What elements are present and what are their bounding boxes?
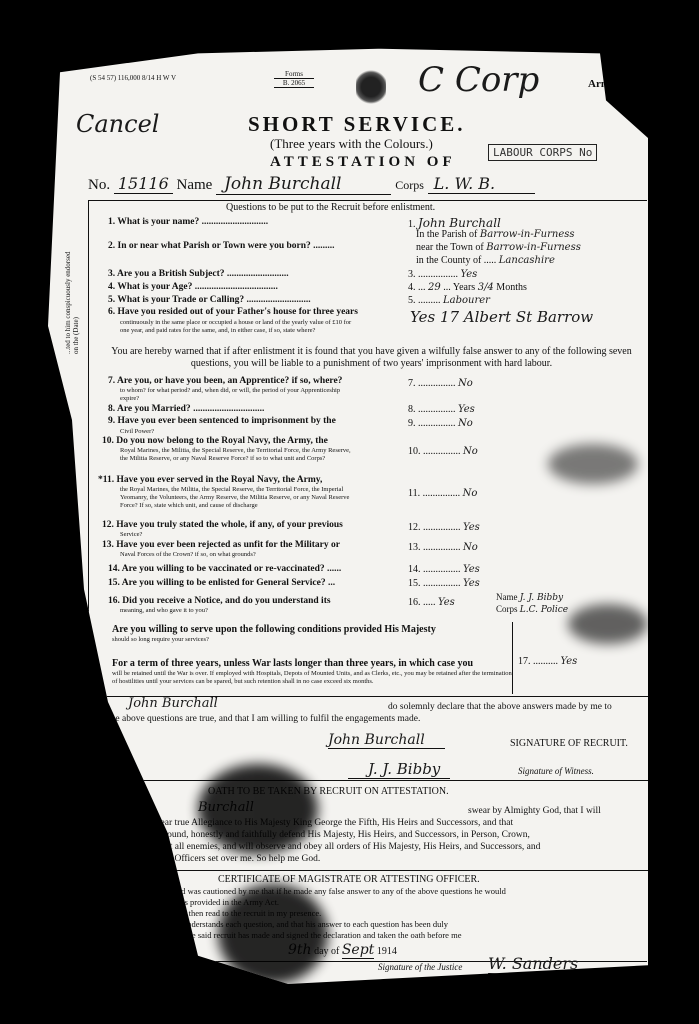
question-11-detail: the Royal Marines, the Militia, the Spec…	[120, 486, 360, 510]
answer-15: 15. ............... Yes	[408, 578, 480, 589]
question-7-detail: to whom? for what period? and, when did,…	[120, 387, 360, 403]
false-answer-warning: You are hereby warned that if after enli…	[94, 346, 649, 370]
question-4: 4. What is your Age? ...................…	[108, 282, 278, 292]
service-conditions: For a term of three years, unless War la…	[112, 658, 473, 669]
question-11: *11. Have you ever served in the Royal N…	[98, 475, 322, 485]
attestation-form-paper: (S 54 57) 116,000 8/14 H W V Forms B. 20…	[48, 44, 648, 984]
annotation-cancel: Cancel	[76, 110, 159, 138]
declaration-text1: do solemnly declare that the above answe…	[388, 702, 612, 712]
answer-10: 10. ............... No	[408, 446, 478, 457]
side-note-line2: on the (Date)	[72, 252, 80, 354]
oath-line4: and Dignity against all enemies, and wil…	[98, 842, 540, 852]
attestation-heading: ATTESTATION OF	[270, 154, 456, 171]
forms-number: B. 2065	[274, 78, 314, 88]
answer-16-value: Yes	[438, 597, 455, 608]
q17-bracket	[512, 622, 513, 694]
witness-signature: J. J. Bibby	[348, 760, 450, 779]
question-10: 10. Do you now belong to the Royal Navy,…	[102, 436, 328, 446]
answer-11-value: No	[463, 488, 478, 499]
answer-13: 13. ............... No	[408, 542, 478, 553]
declaration-text2: the above questions are true, and that I…	[108, 714, 420, 724]
answer-11: 11. ............... No	[408, 488, 477, 499]
question-16: 16. Did you receive a Notice, and do you…	[108, 596, 331, 606]
corps-label: Corps	[395, 178, 424, 192]
notice-giver-corps: L.C. Police	[520, 605, 568, 615]
declaration-name: John Burchall	[128, 696, 218, 711]
questions-heading: Questions to be put to the Recruit befor…	[226, 202, 435, 213]
recruit-name: John Burchall	[216, 174, 391, 195]
recruit-signature-label: SIGNATURE OF RECRUIT.	[510, 738, 628, 749]
answer-15-value: Yes	[463, 578, 480, 589]
recruit-number-row: No. 15116 Name John Burchall Corps L. W.…	[88, 174, 535, 194]
divider	[88, 780, 648, 781]
damage-stain	[548, 444, 638, 484]
side-note-line1: ...ted to him conspicuously endorsed	[64, 252, 72, 354]
answer-14: 14. ............... Yes	[408, 564, 480, 575]
recruit-number: 15116	[114, 174, 173, 194]
oath-line1: swear by Almighty God, that I will	[468, 806, 601, 816]
answer-9: 9. ............... No	[408, 418, 473, 429]
no-label: No.	[88, 177, 110, 193]
question-1: 1. What is your name? ..................…	[108, 217, 268, 227]
side-note: ...ted to him conspicuously endorsed on …	[64, 252, 80, 354]
damage-stain	[198, 764, 318, 854]
justice-signature-label: Signature of the Justice	[378, 962, 462, 972]
answer-17: 17. .......... Yes	[518, 656, 577, 667]
question-9: 9. Have you ever been sentenced to impri…	[108, 416, 336, 426]
forms-label-text: Forms	[274, 70, 314, 78]
answer-3: 3. ................ Yes	[408, 269, 477, 280]
question-5: 5. What is your Trade or Calling? ......…	[108, 295, 311, 305]
oath-line5: of the Generals and Officers set over me…	[98, 854, 320, 864]
print-code: (S 54 57) 116,000 8/14 H W V	[90, 74, 176, 82]
birth-county: Lancashire	[499, 255, 555, 266]
question-12-detail: Service?	[120, 531, 142, 538]
recruit-signature: John Burchall	[328, 732, 445, 749]
justice-signature: W. Sanders	[488, 954, 578, 974]
answer-12: 12. ............... Yes	[408, 522, 480, 533]
question-15: 15. Are you willing to be enlisted for G…	[108, 578, 335, 588]
form-title: SHORT SERVICE.	[248, 112, 466, 137]
answer-16: 16. ..... Yes	[408, 597, 455, 608]
age-months: 3/4	[478, 282, 494, 293]
forms-label: Forms B. 2065	[274, 70, 314, 88]
birth-parish: Barrow-in-Furness	[480, 229, 575, 240]
age-years: 29	[428, 282, 441, 293]
answer-10-value: No	[463, 446, 478, 457]
question-10-detail: Royal Marines, the Militia, the Special …	[120, 447, 360, 463]
birth-town: Barrow-in-Furness	[486, 242, 581, 253]
question-2: 2. In or near what Parish or Town were y…	[108, 241, 335, 251]
question-3: 3. Are you a British Subject? ..........…	[108, 269, 289, 279]
answer-4: 4. ... 29 ... Years 3/4 Months	[408, 282, 527, 293]
question-9-detail: Civil Power?	[120, 428, 154, 435]
answer-3-value: Yes	[461, 269, 478, 280]
answer-2: In the Parish of Barrow-in-Furness near …	[416, 228, 581, 267]
army-form-label: Army F	[588, 78, 625, 90]
divider	[88, 870, 648, 871]
question-8: 8. Are you Married? ....................…	[108, 404, 264, 414]
answer-14-value: Yes	[463, 564, 480, 575]
oath-line3: I will, as in duty bound, honestly and f…	[98, 830, 530, 840]
trade: Labourer	[443, 295, 490, 306]
question-17-detail: should so long require your services?	[112, 636, 209, 643]
attestation-year: 1914	[377, 946, 397, 957]
certificate-heading: CERTIFICATE OF MAGISTRATE OR ATTESTING O…	[218, 874, 480, 885]
answer-8-value: Yes	[458, 404, 475, 415]
witness-signature-label: Signature of Witness.	[518, 766, 594, 776]
question-7: 7. Are you, or have you been, an Apprent…	[108, 376, 342, 386]
damage-stain	[218, 884, 328, 984]
labour-corps-stamp: LABOUR CORPS No	[488, 144, 597, 161]
answer-6: Yes 17 Albert St Barrow	[410, 308, 593, 326]
annotation-corp: C Corp	[418, 60, 539, 100]
answer-13-value: No	[463, 542, 478, 553]
answer-7: 7. ............... No	[408, 378, 473, 389]
question-13: 13. Have you ever been rejected as unfit…	[102, 540, 340, 550]
question-6-detail: continuously in the same place or occupi…	[120, 319, 360, 335]
question-6: 6. Have you resided out of your Father's…	[108, 307, 358, 317]
answer-5: 5. ......... Labourer	[408, 295, 490, 306]
service-conditions-detail: will be retained until the War is over. …	[112, 670, 512, 686]
notice-giver-name: J. J. Bibby	[520, 593, 563, 603]
question-13-detail: Naval Forces of the Crown? if so, on wha…	[120, 551, 256, 558]
answer-8: 8. ............... Yes	[408, 404, 475, 415]
recruit-corps: L. W. B.	[428, 174, 535, 194]
royal-coat-of-arms-icon	[356, 68, 386, 106]
answer-12-value: Yes	[463, 522, 480, 533]
name-label: Name	[177, 177, 213, 193]
question-17: Are you willing to serve upon the follow…	[112, 624, 436, 635]
answer-7-value: No	[458, 378, 473, 389]
damage-stain	[568, 604, 648, 644]
question-16-detail: meaning, and who gave it to you?	[120, 607, 208, 614]
question-14: 14. Are you willing to be vaccinated or …	[108, 564, 341, 574]
attestation-month: Sept	[342, 942, 374, 959]
answer-9-value: No	[458, 418, 473, 429]
notice-giver: Name J. J. Bibby Corps L.C. Police	[496, 592, 568, 616]
answer-17-value: Yes	[561, 656, 578, 667]
question-12: 12. Have you truly stated the whole, if …	[102, 520, 343, 530]
form-subtitle: (Three years with the Colours.)	[270, 136, 433, 152]
